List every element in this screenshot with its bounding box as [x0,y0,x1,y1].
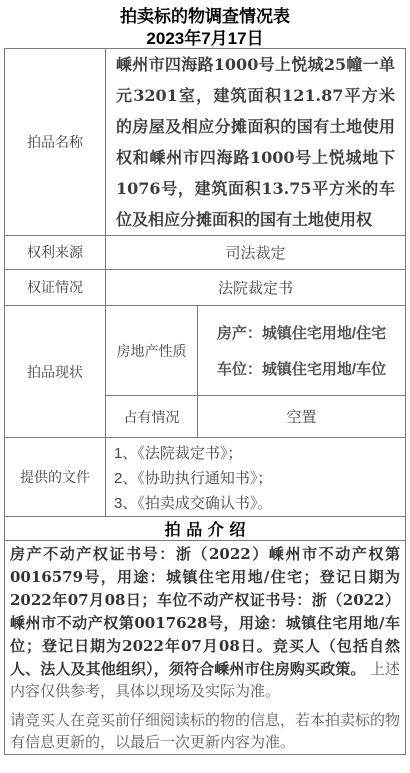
provided-documents-label: 提供的文件 [5,438,106,516]
investigation-table: 拍品名称 嵊州市四海路1000号上悦城25幢一单元3201室，建筑面积121.8… [4,48,406,755]
intro-certificate-text: 房产不动产权证书号：浙（2022）嵊州市不动产权第0016579号，用途：城镇住… [10,545,400,678]
item-name-label: 拍品名称 [5,49,106,235]
sub-row-property-nature: 房地产性质 房产：城镇住宅用地/住宅 车位：城镇住宅用地/车位 [106,306,405,395]
occupancy-label: 占有情况 [106,396,198,437]
item-name-value: 嵊州市四海路1000号上悦城25幢一单元3201室，建筑面积121.87平方米的… [106,49,405,235]
status-nested-table: 房地产性质 房产：城镇住宅用地/住宅 车位：城镇住宅用地/车位 占有情况 空置 [106,306,405,437]
property-nature-parking: 车位：城镇住宅用地/车位 [217,358,386,379]
row-provided-documents: 提供的文件 1、《法院裁定书》； 2、《协助执行通知书》； 3、《拍卖成交确认书… [5,437,405,516]
property-nature-house: 房产：城镇住宅用地/住宅 [217,322,386,343]
right-source-label: 权利来源 [5,236,106,269]
right-source-value: 司法裁定 [106,236,405,269]
page-date: 2023年7月17日 [0,28,410,49]
intro-paragraph-2: 请竞买人在竞买前仔细阅读标的物的信息，若本拍卖标的物有信息更新的，以最后一次更新… [10,710,400,754]
document-item-2: 2、《协助执行通知书》； [114,466,397,491]
certificate-value: 法院裁定书 [106,270,405,305]
provided-documents-list: 1、《法院裁定书》； 2、《协助执行通知书》； 3、《拍卖成交确认书》。 [106,438,405,516]
row-item-name: 拍品名称 嵊州市四海路1000号上悦城25幢一单元3201室，建筑面积121.8… [5,49,405,235]
sub-row-occupancy: 占有情况 空置 [106,395,405,437]
certificate-label: 权证情况 [5,270,106,305]
row-certificate: 权证情况 法院裁定书 [5,269,405,305]
occupancy-value: 空置 [198,396,405,437]
intro-paragraph-1: 房产不动产权证书号：浙（2022）嵊州市不动产权第0016579号，用途：城镇住… [10,543,400,703]
row-item-status: 拍品现状 房地产性质 房产：城镇住宅用地/住宅 车位：城镇住宅用地/车位 占有情… [5,305,405,437]
property-nature-label: 房地产性质 [106,306,198,395]
document-item-1: 1、《法院裁定书》； [114,441,397,466]
intro-header-title: 拍 品 介 绍 [5,517,405,540]
item-status-label: 拍品现状 [5,306,106,437]
row-intro-body: 房产不动产权证书号：浙（2022）嵊州市不动产权第0016579号，用途：城镇住… [5,540,405,754]
row-intro-header: 拍 品 介 绍 [5,516,405,540]
page-title: 拍卖标的物调查情况表 [0,6,410,28]
property-nature-values: 房产：城镇住宅用地/住宅 车位：城镇住宅用地/车位 [198,306,405,395]
document-item-3: 3、《拍卖成交确认书》。 [114,491,397,516]
row-right-source: 权利来源 司法裁定 [5,235,405,269]
